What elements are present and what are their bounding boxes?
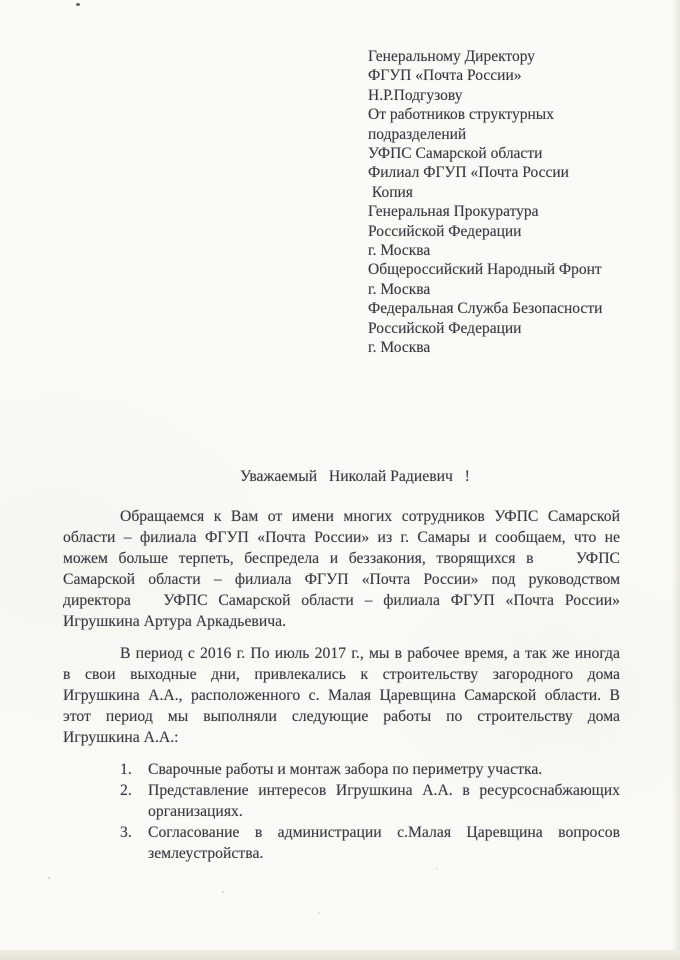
salutation: Уважаемый Николай Радиевич !	[63, 466, 620, 487]
body-paragraph: В период с 2016 г. По июль 2017 г., мы в…	[63, 643, 620, 748]
address-line: Н.Р.Подгузову	[368, 86, 668, 105]
address-line: Российской Федерации	[368, 222, 668, 241]
address-line: Генеральная Прокуратура	[368, 202, 668, 221]
address-line: Российской Федерации	[368, 319, 668, 338]
scan-speck	[222, 891, 224, 893]
paragraph-line: Игрушкина Артура Аркадьевича.	[63, 611, 620, 632]
letter-body: Уважаемый Николай Радиевич ! Обращаемся …	[63, 466, 620, 864]
page-right-edge-shadow	[672, 0, 680, 960]
scan-speck	[436, 868, 438, 870]
list-item-line: организациях.	[148, 801, 620, 822]
address-line: подразделений	[368, 125, 668, 144]
address-line: Копия	[368, 183, 668, 202]
list-item: 3. Согласование в администрации с.Малая …	[120, 822, 620, 864]
scan-speck	[48, 877, 50, 879]
paragraph-line: Обращаемся к Вам от имени многих сотрудн…	[63, 506, 620, 527]
list-item-line: Согласование в администрации с.Малая Цар…	[148, 822, 620, 843]
list-item-line: Представление интересов Игрушкина А.А. в…	[148, 780, 620, 801]
list-item-number: 2.	[120, 780, 148, 801]
work-list: 1. Сварочные работы и монтаж забора по п…	[120, 759, 620, 864]
address-line: УФПС Самарской области	[368, 144, 668, 163]
scan-speck	[76, 3, 80, 6]
recipient-address-block: Генеральному Директору ФГУП «Почта Росси…	[368, 47, 668, 358]
scan-speck	[318, 912, 320, 914]
list-item-number: 3.	[120, 822, 148, 843]
list-item-text: Сварочные работы и монтаж забора по пери…	[148, 759, 620, 780]
paragraph-line: директора УФПС Самарской области – филиа…	[63, 590, 620, 611]
address-line: Общероссийский Народный Фронт	[368, 260, 668, 279]
address-line: г. Москва	[368, 280, 668, 299]
address-line: г. Москва	[368, 241, 668, 260]
paragraph-line: можем больше терпеть, беспредела и безза…	[63, 548, 620, 569]
list-item-text: Согласование в администрации с.Малая Цар…	[148, 822, 620, 864]
address-line: ФГУП «Почта России»	[368, 66, 668, 85]
paragraph-line: В период с 2016 г. По июль 2017 г., мы в…	[63, 643, 620, 664]
list-item: 2. Представление интересов Игрушкина А.А…	[120, 780, 620, 822]
address-line: Федеральная Служба Безопасности	[368, 299, 668, 318]
paragraph-line: в свои выходные дни, привлекались к стро…	[63, 664, 620, 685]
list-item-line: землеустройства.	[148, 843, 620, 864]
body-paragraph: Обращаемся к Вам от имени многих сотрудн…	[63, 506, 620, 632]
paragraph-line: этот период мы выполняли следующие работ…	[63, 706, 620, 727]
paragraph-line: Игрушкина А.А., расположенного с. Малая …	[63, 685, 620, 706]
page-bottom-edge	[0, 950, 680, 960]
list-item-line: Сварочные работы и монтаж забора по пери…	[148, 759, 620, 780]
paragraph-line: Игрушкина А.А.:	[63, 727, 620, 748]
list-item: 1. Сварочные работы и монтаж забора по п…	[120, 759, 620, 780]
scanned-letter-page: Генеральному Директору ФГУП «Почта Росси…	[0, 0, 680, 960]
list-item-number: 1.	[120, 759, 148, 780]
list-item-text: Представление интересов Игрушкина А.А. в…	[148, 780, 620, 822]
address-line: Генеральному Директору	[368, 47, 668, 66]
paragraph-line: области – филиала ФГУП «Почта России» из…	[63, 527, 620, 548]
paragraph-line: Самарской области – филиала ФГУП «Почта …	[63, 569, 620, 590]
address-line: Филиал ФГУП «Почта России	[368, 163, 668, 182]
address-line: г. Москва	[368, 338, 668, 357]
address-line: От работников структурных	[368, 105, 668, 124]
